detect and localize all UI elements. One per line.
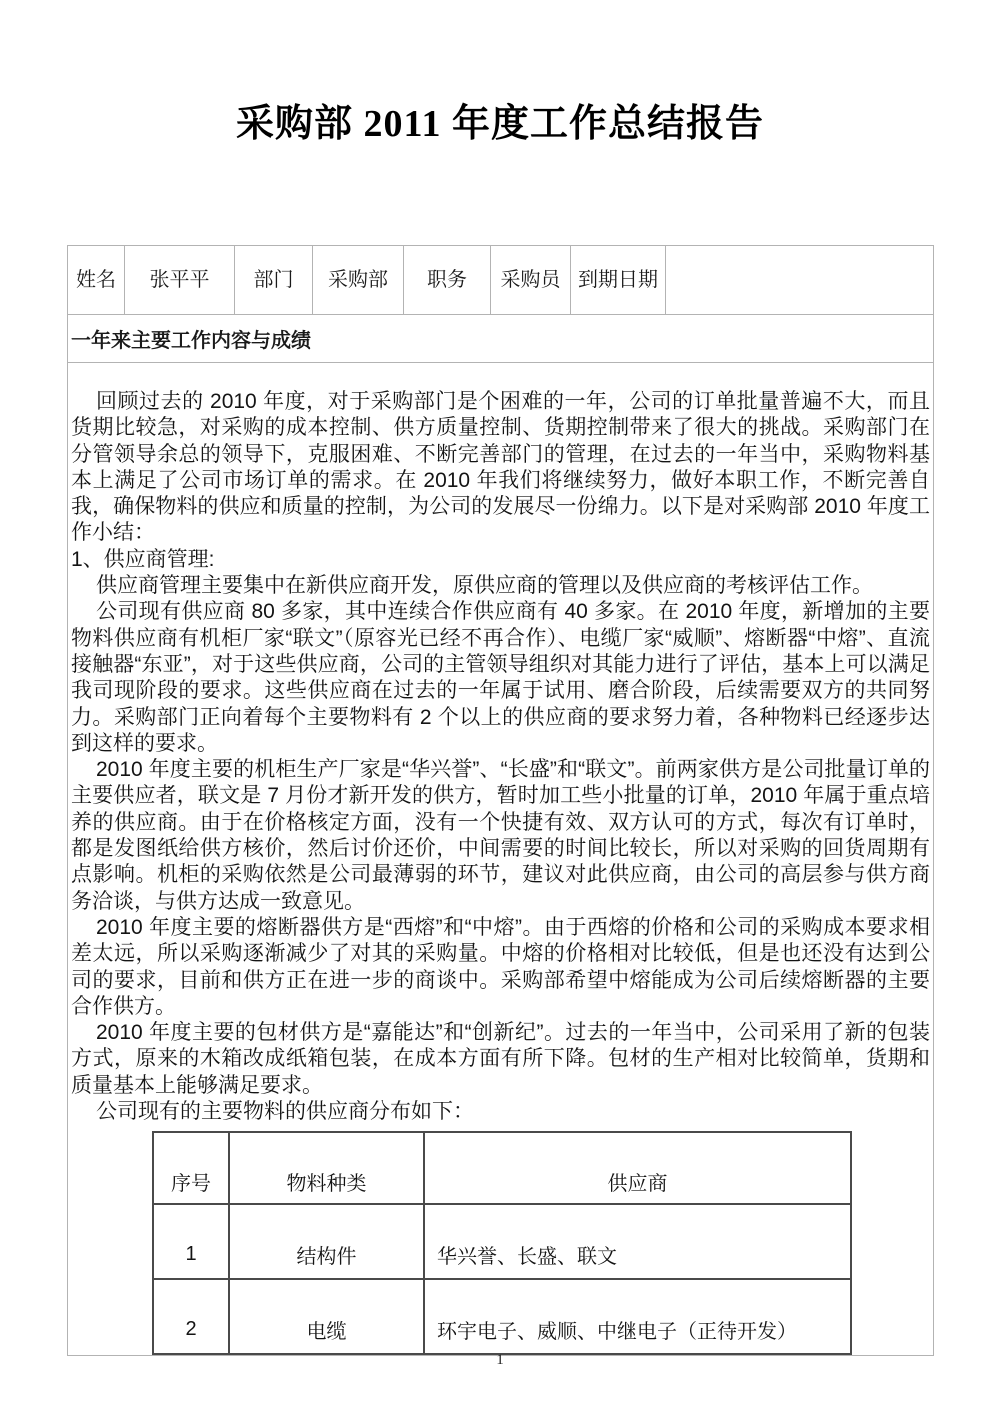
body-paragraph-3: 供应商管理主要集中在新供应商开发，原供应商的管理以及供应商的考核评估工作。 (71, 573, 930, 599)
dept-label-cell: 部门 (235, 246, 313, 315)
col-header-material-type: 物料种类 (229, 1132, 424, 1204)
content-row: 回顾过去的 2010 年度，对于采购部门是个困难的一年，公司的订单批量普遍不大，… (68, 363, 934, 1356)
body-paragraph-2: 1、供应商管理: (71, 547, 930, 573)
dept-value-cell: 采购部 (313, 246, 404, 315)
body-paragraph-5: 2010 年度主要的机柜生产厂家是“华兴誉”、“长盛”和“联文”。前两家供方是公… (71, 757, 930, 915)
name-label-cell: 姓名 (68, 246, 125, 315)
col-header-index: 序号 (153, 1132, 229, 1204)
supplier-table: 序号 物料种类 供应商 1 结构件 华兴誉、长盛、联文 2 (152, 1131, 852, 1355)
due-date-label-cell: 到期日期 (571, 246, 666, 315)
cell-supplier: 环宇电子、威顺、中继电子（正待开发） (424, 1279, 851, 1354)
section-heading: 一年来主要工作内容与成绩 (68, 315, 934, 363)
body-paragraph-4: 公司现有供应商 80 多家，其中连续合作供应商有 40 多家。在 2010 年度… (71, 599, 930, 757)
supplier-table-header-row: 序号 物料种类 供应商 (153, 1132, 851, 1204)
body-paragraph-8: 公司现有的主要物料的供应商分布如下： (71, 1099, 930, 1125)
job-label-cell: 职务 (404, 246, 491, 315)
info-row: 姓名 张平平 部门 采购部 职务 采购员 到期日期 (68, 246, 934, 315)
body-paragraph-7: 2010 年度主要的包材供方是“嘉能达”和“创新纪”。过去的一年当中，公司采用了… (71, 1020, 930, 1099)
cell-material-type: 结构件 (229, 1204, 424, 1279)
content-cell: 回顾过去的 2010 年度，对于采购部门是个困难的一年，公司的订单批量普遍不大，… (68, 363, 934, 1356)
table-row: 1 结构件 华兴誉、长盛、联文 (153, 1204, 851, 1279)
cell-material-type: 电缆 (229, 1279, 424, 1354)
table-row: 2 电缆 环宇电子、威顺、中继电子（正待开发） (153, 1279, 851, 1354)
due-date-value-cell (666, 246, 934, 315)
body-paragraph-1: 回顾过去的 2010 年度，对于采购部门是个困难的一年，公司的订单批量普遍不大，… (71, 389, 930, 547)
document-title: 采购部 2011 年度工作总结报告 (0, 92, 1000, 147)
cell-supplier: 华兴誉、长盛、联文 (424, 1204, 851, 1279)
col-header-supplier: 供应商 (424, 1132, 851, 1204)
body-paragraph-6: 2010 年度主要的熔断器供方是“西熔”和“中熔”。由于西熔的价格和公司的采购成… (71, 915, 930, 1020)
document-page: 采购部 2011 年度工作总结报告 姓名 张平平 部门 采购部 职务 采购员 到… (0, 0, 1000, 1415)
job-value-cell: 采购员 (491, 246, 571, 315)
report-table: 姓名 张平平 部门 采购部 职务 采购员 到期日期 一年来主要工作内容与成绩 回… (67, 245, 934, 1356)
page-number: 1 (0, 1352, 1000, 1369)
cell-index: 1 (153, 1204, 229, 1279)
cell-index: 2 (153, 1279, 229, 1354)
section-heading-row: 一年来主要工作内容与成绩 (68, 315, 934, 363)
name-value-cell: 张平平 (125, 246, 235, 315)
